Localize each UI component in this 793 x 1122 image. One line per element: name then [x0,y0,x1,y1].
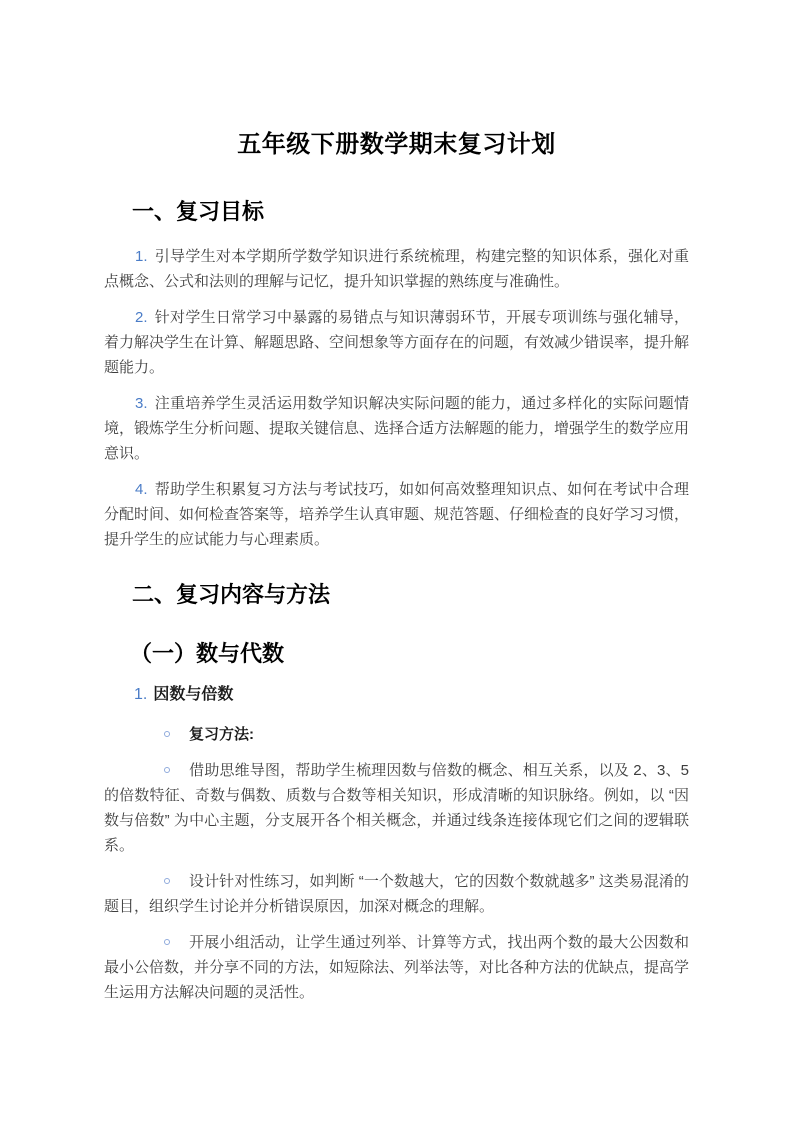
goal-item-text: 帮助学生积累复习方法与考试技巧，如如何高效整理知识点、如何在考试中合理分配时间、… [104,481,689,548]
bullet-text: 设计针对性练习，如判断 “一个数越大，它的因数个数就越多” 这类易混淆的题目，组… [104,873,689,915]
goal-item-text: 注重培养学生灵活运用数学知识解决实际问题的能力，通过多样化的实际问题情境，锻炼学… [104,395,689,462]
bullet-item: 开展小组活动，让学生通过列举、计算等方式，找出两个数的最大公因数和最小公倍数，并… [104,930,689,1005]
section-content-methods: 二、复习内容与方法 （一）数与代数 1.因数与倍数 复习方法: 借助思维导图，帮… [104,581,689,1005]
goal-item-text: 针对学生日常学习中暴露的易错点与知识薄弱环节，开展专项训练与强化辅导，着力解决学… [104,309,689,376]
goals-section-heading: 一、复习目标 [132,198,689,226]
goal-item-text: 引导学生对本学期所学数学知识进行系统梳理，构建完整的知识体系，强化对重点概念、公… [104,248,689,290]
goal-item: 3.注重培养学生灵活运用数学知识解决实际问题的能力，通过多样化的实际问题情境，锻… [104,391,689,466]
bullet-label: 复习方法: [189,726,254,743]
bullet-item: 复习方法: [104,722,689,747]
circle-bullet-icon [164,878,170,884]
section-goals: 一、复习目标 1.引导学生对本学期所学数学知识进行系统梳理，构建完整的知识体系，… [104,198,689,552]
bullet-text: 借助思维导图，帮助学生梳理因数与倍数的概念、相互关系，以及 2、3、5 的倍数特… [104,762,689,854]
topic-number: 1. [134,686,147,703]
goal-item-number: 3. [135,395,148,412]
topic-heading: 1.因数与倍数 [134,684,689,706]
bullet-text: 开展小组活动，让学生通过列举、计算等方式，找出两个数的最大公因数和最小公倍数，并… [104,934,689,1001]
circle-bullet-icon [164,767,170,773]
goal-item: 4.帮助学生积累复习方法与考试技巧，如如何高效整理知识点、如何在考试中合理分配时… [104,477,689,552]
circle-bullet-icon [164,731,170,737]
goal-item-number: 2. [135,309,148,326]
goal-item: 2.针对学生日常学习中暴露的易错点与知识薄弱环节，开展专项训练与强化辅导，着力解… [104,305,689,380]
document-page: 五年级下册数学期末复习计划 一、复习目标 1.引导学生对本学期所学数学知识进行系… [0,0,793,1122]
bullet-item: 设计针对性练习，如判断 “一个数越大，它的因数个数就越多” 这类易混淆的题目，组… [104,869,689,919]
bullet-list: 复习方法: 借助思维导图，帮助学生梳理因数与倍数的概念、相互关系，以及 2、3、… [104,722,689,1005]
goal-item-number: 1. [135,248,148,265]
subsection-heading: （一）数与代数 [130,640,689,668]
bullet-item: 借助思维导图，帮助学生梳理因数与倍数的概念、相互关系，以及 2、3、5 的倍数特… [104,758,689,858]
topic-title: 因数与倍数 [153,686,233,703]
goal-item-number: 4. [135,481,148,498]
content-section-heading: 二、复习内容与方法 [132,581,689,609]
goal-item: 1.引导学生对本学期所学数学知识进行系统梳理，构建完整的知识体系，强化对重点概念… [104,244,689,294]
document-title: 五年级下册数学期末复习计划 [104,128,689,162]
circle-bullet-icon [164,939,170,945]
